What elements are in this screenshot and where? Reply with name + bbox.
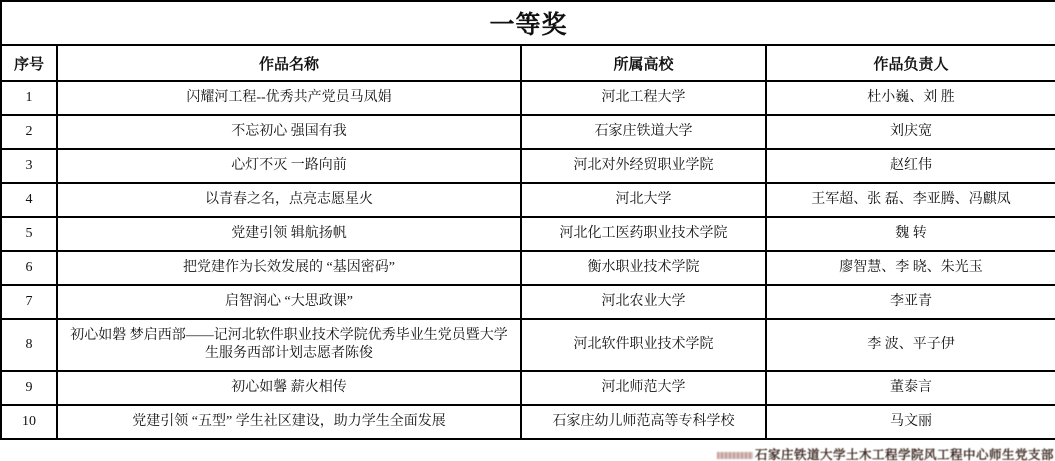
cell-school: 河北师范大学 — [521, 371, 766, 405]
cell-leader: 刘庆宽 — [766, 115, 1055, 149]
cell-index: 8 — [1, 319, 57, 371]
cell-school: 河北软件职业技术学院 — [521, 319, 766, 371]
table-row: 1 闪耀河工程--优秀共产党员马凤娟 河北工程大学 杜小巍、刘 胜 — [1, 81, 1055, 115]
cell-index: 6 — [1, 251, 57, 285]
column-header-school: 所属高校 — [521, 45, 766, 81]
cell-work: 党建引领 辑航扬帆 — [57, 217, 521, 251]
cell-leader: 王军超、张 磊、李亚腾、冯麒凤 — [766, 183, 1055, 217]
award-list-page: 一等奖 序号 作品名称 所属高校 作品负责人 1 闪耀河工程--优秀共产党员马凤… — [0, 0, 1055, 461]
cell-leader: 董泰言 — [766, 371, 1055, 405]
cell-school: 河北对外经贸职业学院 — [521, 149, 766, 183]
table-row: 3 心灯不灭 一路向前 河北对外经贸职业学院 赵红伟 — [1, 149, 1055, 183]
page-title: 一等奖 — [1, 1, 1055, 45]
table-header-row: 序号 作品名称 所属高校 作品负责人 — [1, 45, 1055, 81]
cell-leader: 李 波、平子伊 — [766, 319, 1055, 371]
cell-index: 2 — [1, 115, 57, 149]
cell-leader: 廖智慧、李 晓、朱光玉 — [766, 251, 1055, 285]
table-row: 6 把党建作为长效发展的 “基因密码” 衡水职业技术学院 廖智慧、李 晓、朱光玉 — [1, 251, 1055, 285]
small-watermark-smudge — [717, 452, 753, 459]
cell-index: 5 — [1, 217, 57, 251]
cell-work: 把党建作为长效发展的 “基因密码” — [57, 251, 521, 285]
cell-index: 3 — [1, 149, 57, 183]
table-row: 5 党建引领 辑航扬帆 河北化工医药职业技术学院 魏 转 — [1, 217, 1055, 251]
cell-leader: 魏 转 — [766, 217, 1055, 251]
watermark: 石家庄铁道大学土木工程学院风工程中心师生党支部 — [717, 448, 1054, 461]
cell-work: 不忘初心 强国有我 — [57, 115, 521, 149]
award-table: 一等奖 序号 作品名称 所属高校 作品负责人 1 闪耀河工程--优秀共产党员马凤… — [0, 0, 1055, 440]
cell-leader: 杜小巍、刘 胜 — [766, 81, 1055, 115]
cell-index: 7 — [1, 285, 57, 319]
cell-index: 9 — [1, 371, 57, 405]
cell-school: 河北大学 — [521, 183, 766, 217]
cell-leader: 赵红伟 — [766, 149, 1055, 183]
cell-index: 1 — [1, 81, 57, 115]
watermark-text: 石家庄铁道大学土木工程学院风工程中心师生党支部 — [755, 448, 1054, 461]
cell-work: 闪耀河工程--优秀共产党员马凤娟 — [57, 81, 521, 115]
table-row: 2 不忘初心 强国有我 石家庄铁道大学 刘庆宽 — [1, 115, 1055, 149]
cell-work: 启智润心 “大思政课” — [57, 285, 521, 319]
title-row: 一等奖 — [1, 1, 1055, 45]
cell-work: 心灯不灭 一路向前 — [57, 149, 521, 183]
table-row: 8 初心如磐 梦启西部——记河北软件职业技术学院优秀毕业生党员暨大学生服务西部计… — [1, 319, 1055, 371]
table-row: 4 以青春之名，点亮志愿星火 河北大学 王军超、张 磊、李亚腾、冯麒凤 — [1, 183, 1055, 217]
cell-school: 衡水职业技术学院 — [521, 251, 766, 285]
table-row: 7 启智润心 “大思政课” 河北农业大学 李亚青 — [1, 285, 1055, 319]
cell-leader: 马文丽 — [766, 405, 1055, 439]
table-row: 10 党建引领 “五型” 学生社区建设，助力学生全面发展 石家庄幼儿师范高等专科… — [1, 405, 1055, 439]
cell-work: 以青春之名，点亮志愿星火 — [57, 183, 521, 217]
cell-index: 10 — [1, 405, 57, 439]
cell-school: 石家庄幼儿师范高等专科学校 — [521, 405, 766, 439]
cell-school: 河北工程大学 — [521, 81, 766, 115]
cell-work: 党建引领 “五型” 学生社区建设，助力学生全面发展 — [57, 405, 521, 439]
column-header-index: 序号 — [1, 45, 57, 81]
cell-school: 石家庄铁道大学 — [521, 115, 766, 149]
cell-school: 河北农业大学 — [521, 285, 766, 319]
table-row: 9 初心如馨 薪火相传 河北师范大学 董泰言 — [1, 371, 1055, 405]
cell-index: 4 — [1, 183, 57, 217]
cell-work: 初心如磐 梦启西部——记河北软件职业技术学院优秀毕业生党员暨大学生服务西部计划志… — [57, 319, 521, 371]
cell-leader: 李亚青 — [766, 285, 1055, 319]
cell-work: 初心如馨 薪火相传 — [57, 371, 521, 405]
column-header-work: 作品名称 — [57, 45, 521, 81]
column-header-leader: 作品负责人 — [766, 45, 1055, 81]
cell-school: 河北化工医药职业技术学院 — [521, 217, 766, 251]
